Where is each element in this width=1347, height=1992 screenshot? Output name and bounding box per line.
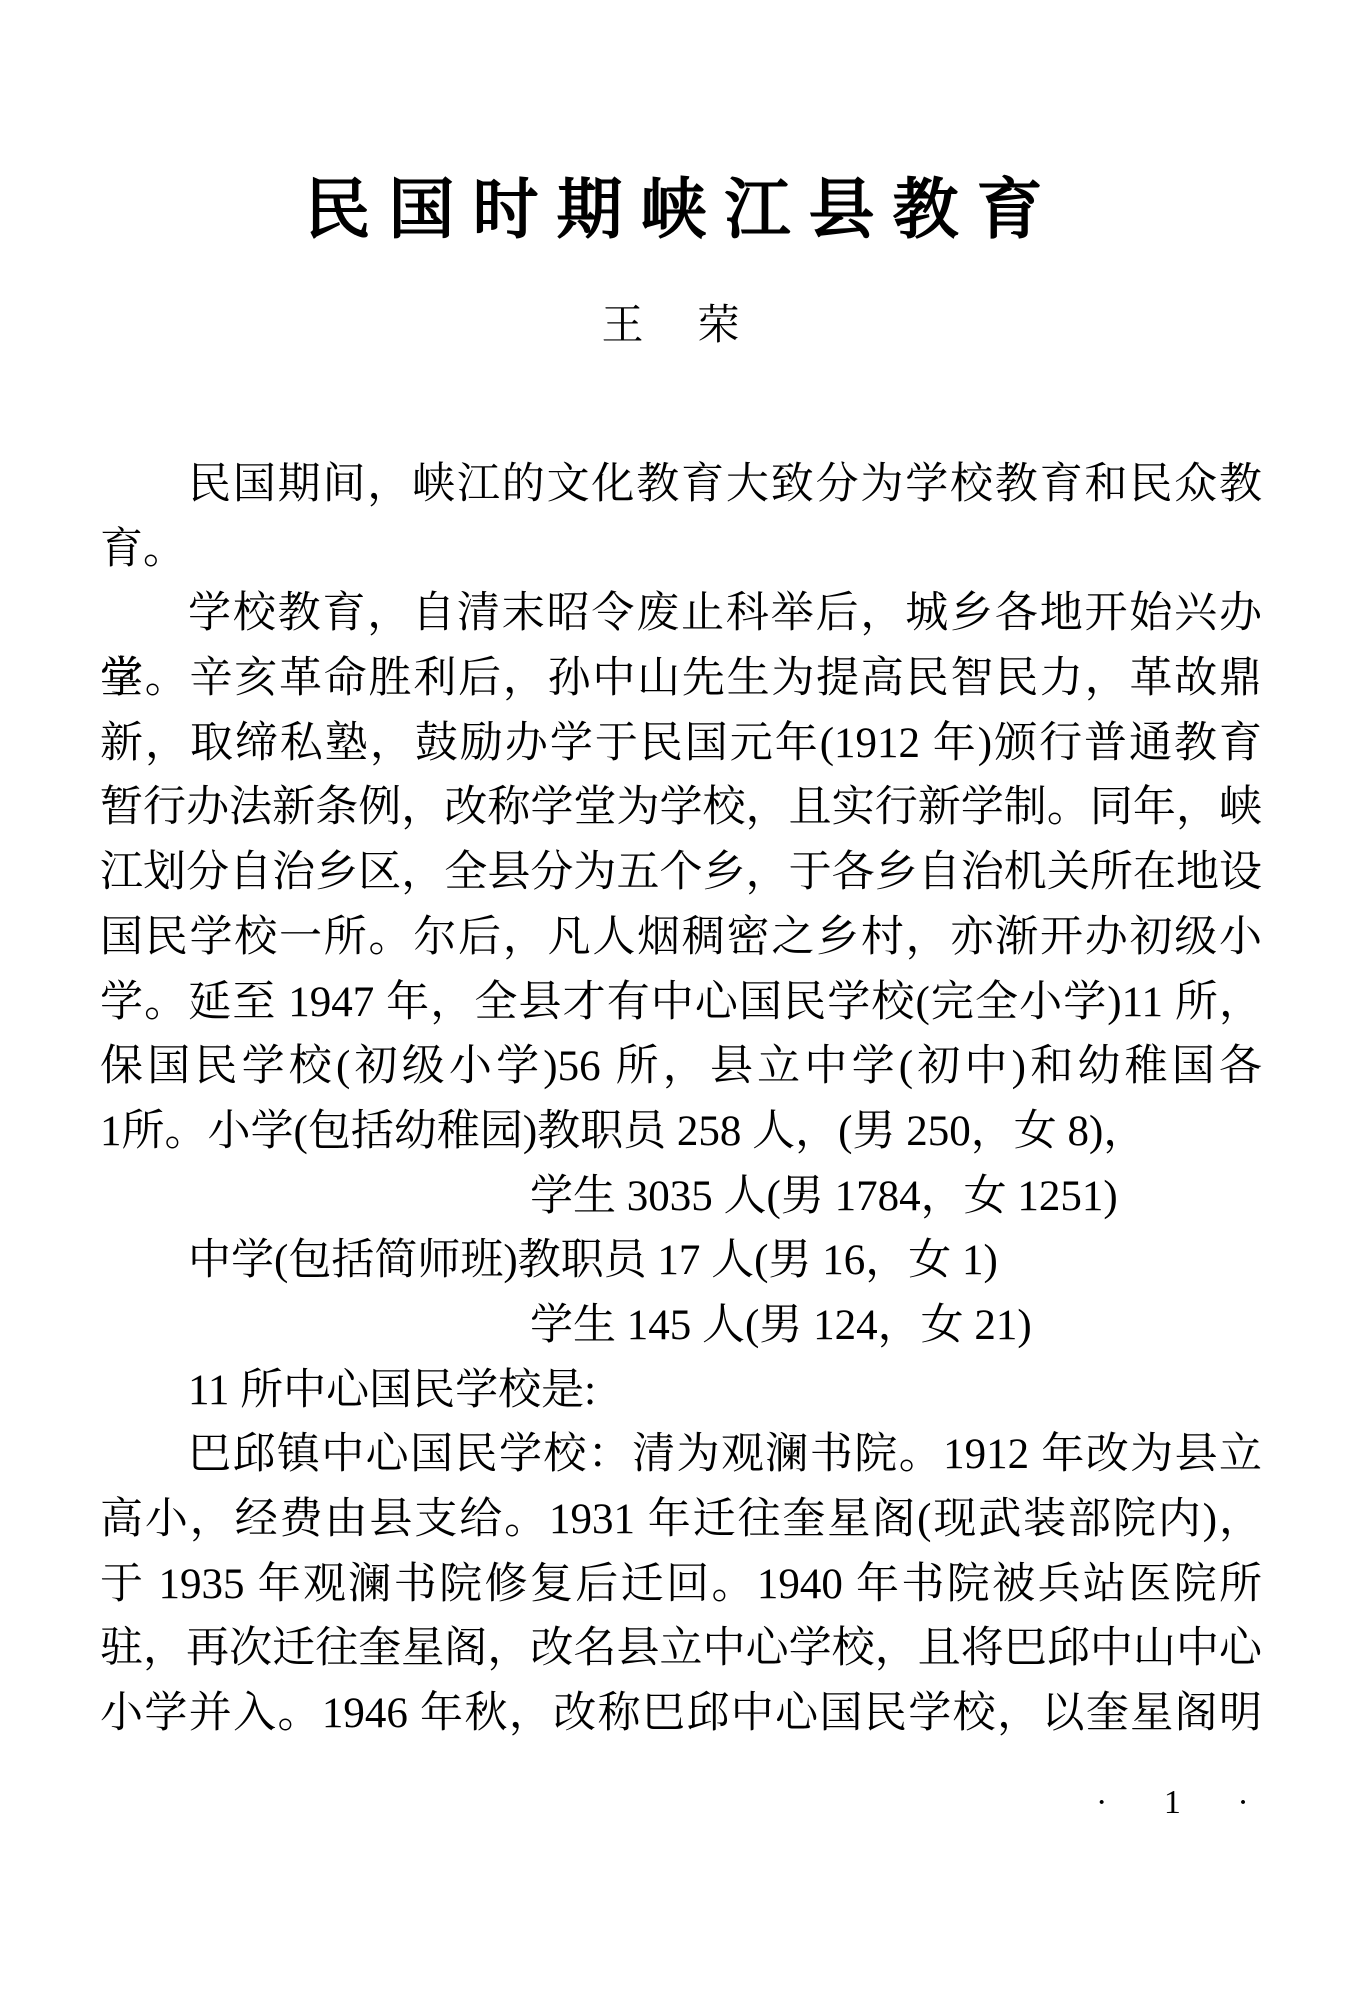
- text-line: 学校教育，自清末昭令废止科举后，城乡各地开始兴办学: [100, 582, 1262, 647]
- text-line: 于 1935 年观澜书院修复后迁回。1940 年书院被兵站医院所: [100, 1553, 1262, 1618]
- text-line: 育。: [100, 518, 1262, 583]
- author-name: 王 荣: [0, 292, 1347, 352]
- text-line: 1所。小学(包括幼稚园)教职员 258 人，(男 250，女 8)，: [100, 1100, 1262, 1165]
- text-line: 学生 145 人(男 124，女 21): [100, 1294, 1262, 1359]
- text-line: 国民学校一所。尔后，凡人烟稠密之乡村，亦渐开办初级小: [100, 906, 1262, 971]
- text-line: 巴邱镇中心国民学校：清为观澜书院。1912 年改为县立: [100, 1423, 1262, 1488]
- text-line: 堂。辛亥革命胜利后，孙中山先生为提高民智民力，革故鼎: [100, 647, 1262, 712]
- body-text: 民国期间，峡江的文化教育大致分为学校教育和民众教 育。 学校教育，自清末昭令废止…: [100, 453, 1262, 1747]
- scanned-document-page: 民国时期峡江县教育 王 荣 民国期间，峡江的文化教育大致分为学校教育和民众教 育…: [0, 0, 1347, 1992]
- text-line: 中学(包括简师班)教职员 17 人(男 16，女 1): [100, 1229, 1262, 1294]
- text-line: 学。延至 1947 年，全县才有中心国民学校(完全小学)11 所，: [100, 971, 1262, 1036]
- text-line: 小学并入。1946 年秋，改称巴邱中心国民学校，以奎星阁明: [100, 1682, 1262, 1747]
- text-line: 保国民学校(初级小学)56 所，县立中学(初中)和幼稚国各: [100, 1035, 1262, 1100]
- text-line: 驻，再次迁往奎星阁，改名县立中心学校，且将巴邱中山中心: [100, 1617, 1262, 1682]
- article-title: 民国时期峡江县教育: [0, 156, 1347, 251]
- page-number: · 1 ·: [1096, 1784, 1273, 1822]
- text-line: 江划分自治乡区，全县分为五个乡，于各乡自治机关所在地设: [100, 841, 1262, 906]
- text-line: 学生 3035 人(男 1784，女 1251): [100, 1165, 1262, 1230]
- text-line: 暂行办法新条例，改称学堂为学校，且实行新学制。同年，峡: [100, 776, 1262, 841]
- text-line: 高小，经费由县支给。1931 年迁往奎星阁(现武装部院内)，: [100, 1488, 1262, 1553]
- text-line: 新，取缔私塾，鼓励办学于民国元年(1912 年)颁行普通教育: [100, 712, 1262, 777]
- text-line: 11 所中心国民学校是:: [100, 1359, 1262, 1424]
- text-line: 民国期间，峡江的文化教育大致分为学校教育和民众教: [100, 453, 1262, 518]
